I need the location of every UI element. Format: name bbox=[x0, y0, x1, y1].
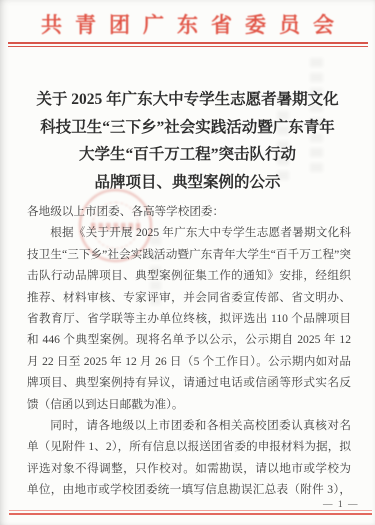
letterhead-org-title: 共青团广东省委员会 bbox=[0, 9, 375, 39]
header-rule-bottom bbox=[8, 46, 368, 48]
header-double-rule bbox=[8, 42, 368, 47]
page-number: — 1 — bbox=[323, 500, 359, 510]
body-paragraph: 根据《关于开展 2025 年广东大中专学生志愿者暑期文化科技卫生“三下乡”社会实… bbox=[27, 222, 351, 415]
salutation-line: 各地级以上市团委、各高等学校团委： bbox=[27, 201, 351, 222]
title-line: 科技卫生“三下乡”社会实践活动暨广东青年 bbox=[12, 114, 363, 142]
footer-rule-top bbox=[9, 510, 372, 511]
footer-double-rule bbox=[9, 510, 372, 515]
document-title: 关于 2025 年广东大中专学生志愿者暑期文化 科技卫生“三下乡”社会实践活动暨… bbox=[12, 86, 363, 196]
header-rule-top bbox=[8, 42, 368, 44]
title-line: 大学生“百千万工程”突击队行动 bbox=[12, 141, 363, 169]
footer-rule-bottom bbox=[9, 513, 372, 515]
title-line: 关于 2025 年广东大中专学生志愿者暑期文化 bbox=[12, 86, 363, 114]
document-body: 各地级以上市团委、各高等学校团委： 根据《关于开展 2025 年广东大中专学生志… bbox=[27, 201, 351, 503]
scanned-document-page: 共青团广东省委员会 关于 2025 年广东大中专学生志愿者暑期文化 科技卫生“三… bbox=[0, 0, 375, 525]
body-paragraph: 同时，请各地级以上市团委和各相关高校团委认真核对名单（见附件 1、2），所有信息… bbox=[27, 415, 351, 503]
title-line: 品牌项目、典型案例的公示 bbox=[12, 169, 363, 197]
